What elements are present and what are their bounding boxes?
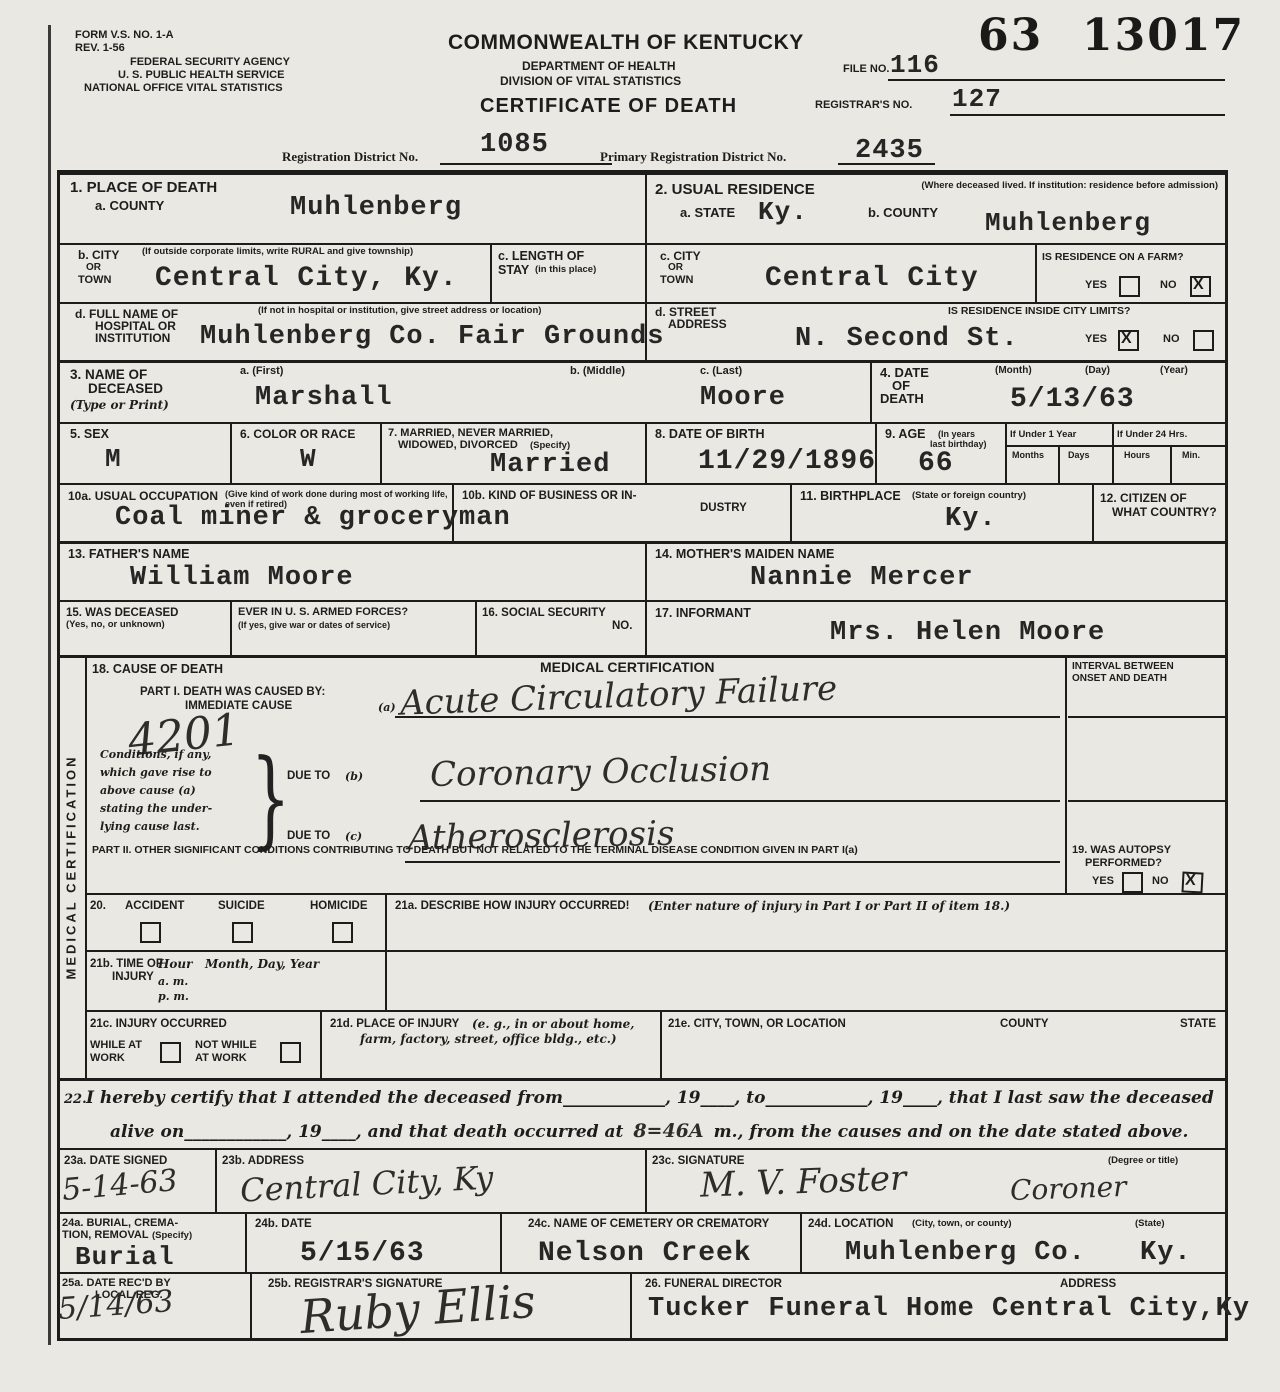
marital-label-1: 7. MARRIED, NEVER MARRIED, xyxy=(388,428,553,440)
file-no-value: 116 xyxy=(890,50,940,80)
autopsy-no-mark: X xyxy=(1185,872,1197,891)
limits-no-checkbox xyxy=(1193,330,1214,351)
residence-state-label: a. STATE xyxy=(680,206,735,220)
institution-note: (If not in hospital or institution, give… xyxy=(258,306,628,317)
table-right-border xyxy=(1225,170,1228,1341)
burial-location-note: (City, town, or county) xyxy=(912,1219,1012,1230)
city-label: b. CITY xyxy=(78,249,119,262)
divider-line xyxy=(790,483,792,541)
burial-location-state-note: (State) xyxy=(1135,1219,1165,1230)
farm-no-label: NO xyxy=(1160,280,1177,292)
county-label: a. COUNTY xyxy=(95,199,164,213)
time-of-injury-label-1: 21b. TIME OF xyxy=(90,958,163,970)
conditions-note-5: lying cause last. xyxy=(100,820,200,833)
autopsy-label-1: 19. WAS AUTOPSY xyxy=(1072,845,1171,857)
registrar-no-label: REGISTRAR'S NO. xyxy=(815,100,912,112)
limits-yes-label: YES xyxy=(1085,334,1107,346)
divider-line xyxy=(870,360,872,422)
divider-line xyxy=(1092,483,1094,541)
divider-line xyxy=(57,1212,1228,1214)
last-name-value: Moore xyxy=(700,383,786,413)
name-of-deceased-label-2: DECEASED xyxy=(88,382,163,396)
divider-line xyxy=(1035,243,1037,302)
usual-residence-note: (Where deceased lived. If institution: r… xyxy=(878,181,1218,192)
due-to-c-tag: (c) xyxy=(345,830,362,843)
residence-city-value: Central City xyxy=(765,263,979,294)
cause-b-handwriting: Coronary Occlusion xyxy=(430,749,772,795)
divider-line xyxy=(57,302,1228,304)
medical-certification-vertical-text: MEDICAL CERTIFICATION xyxy=(64,754,79,979)
primary-district-label: Primary Registration District No. xyxy=(600,150,786,164)
while-at-work-label-1: WHILE AT xyxy=(90,1040,142,1052)
divider-line xyxy=(85,950,1228,952)
birthplace-note: (State or foreign country) xyxy=(912,491,1026,502)
injury-occurred-label: 21c. INJURY OCCURRED xyxy=(90,1018,227,1030)
injury-state-label: STATE xyxy=(1180,1018,1216,1030)
department-title: DEPARTMENT OF HEALTH xyxy=(522,60,676,73)
middle-name-label: b. (Middle) xyxy=(570,366,625,378)
institution-value: Muhlenberg Co. Fair Grounds xyxy=(200,322,664,352)
form-revision: REV. 1-56 xyxy=(75,43,125,55)
agency-line-1: FEDERAL SECURITY AGENCY xyxy=(130,57,290,69)
burial-specify-note: (Specify) xyxy=(152,1231,192,1242)
burial-date-label: 24b. DATE xyxy=(255,1218,312,1230)
medical-certification-heading: MEDICAL CERTIFICATION xyxy=(540,660,714,675)
cause-b-line-interval xyxy=(1068,800,1225,802)
divider-line xyxy=(645,600,647,655)
accident-checkbox xyxy=(140,922,161,943)
citizen-label-2: WHAT COUNTRY? xyxy=(1112,506,1217,519)
limits-no-label: NO xyxy=(1163,334,1180,346)
certify-statement-line-1: I hereby certify that I attended the dec… xyxy=(86,1088,1214,1108)
cause-a-line xyxy=(395,716,1060,718)
certify-line2-post: m., from the causes and on the date stat… xyxy=(714,1122,1189,1142)
autopsy-yes-checkbox xyxy=(1122,872,1143,893)
divider-line xyxy=(57,360,1228,363)
length-of-stay-note: (in this place) xyxy=(535,265,596,276)
age-note-1: (In years xyxy=(938,429,975,439)
place-city-value: Central City, Ky. xyxy=(155,263,458,294)
registrar-no-underline xyxy=(950,114,1225,116)
institution-label-3: INSTITUTION xyxy=(95,332,170,345)
item-20-number: 20. xyxy=(90,900,106,912)
date-of-death-label-3: DEATH xyxy=(880,392,924,406)
business-industry-label-2: DUSTRY xyxy=(700,502,747,514)
armed-forces-note: (If yes, give war or dates of service) xyxy=(238,620,390,630)
cause-a-tag: (a) xyxy=(378,701,396,714)
fathers-name-label: 13. FATHER'S NAME xyxy=(68,548,190,561)
under-24-hrs-label: If Under 24 Hrs. xyxy=(1117,430,1187,441)
hours-label: Hours xyxy=(1124,450,1150,460)
conditions-note-4: stating the under- xyxy=(100,802,212,815)
date-of-birth-value: 11/29/1896 xyxy=(698,446,876,477)
divider-line xyxy=(57,655,1228,658)
city-or-label: OR xyxy=(86,263,101,274)
divider-line xyxy=(490,243,492,302)
due-to-b-tag: (b) xyxy=(345,770,363,783)
not-while-at-work-checkbox xyxy=(280,1042,301,1063)
conditions-note-1: Conditions, if any, xyxy=(100,748,211,761)
color-race-label: 6. COLOR OR RACE xyxy=(240,428,355,441)
death-time-handwriting: 8=46A xyxy=(629,1120,707,1142)
certify-line2-pre: alive on____________, 19____, and that d… xyxy=(110,1122,623,1142)
citizen-label-1: 12. CITIZEN OF xyxy=(1100,492,1187,505)
divider-line xyxy=(57,483,1228,485)
divider-line xyxy=(245,1212,247,1272)
scan-edge-line xyxy=(48,25,51,1345)
divider-line xyxy=(1058,445,1060,483)
farm-question-label: IS RESIDENCE ON A FARM? xyxy=(1042,252,1184,263)
residence-state-value: Ky. xyxy=(758,197,808,227)
month-day-year-label: Month, Day, Year xyxy=(205,957,319,971)
homicide-label: HOMICIDE xyxy=(310,900,368,912)
registrar-no-value: 127 xyxy=(952,84,1002,114)
physician-signature-handwriting: M. V. Foster xyxy=(699,1158,907,1205)
burial-location-value: Muhlenberg Co. xyxy=(845,1238,1086,1268)
farm-yes-label: YES xyxy=(1085,280,1107,292)
informant-label: 17. INFORMANT xyxy=(655,607,751,620)
cause-b-line xyxy=(420,800,1060,802)
certify-statement-line-2: alive on____________, 19____, and that d… xyxy=(110,1120,1188,1142)
injury-county-label: COUNTY xyxy=(1000,1018,1049,1030)
color-race-value: W xyxy=(300,444,317,474)
place-of-death-title: 1. PLACE OF DEATH xyxy=(70,180,217,196)
was-deceased-note: (Yes, no, or unknown) xyxy=(66,620,165,631)
divider-line xyxy=(57,541,1228,544)
reg-district-value: 1085 xyxy=(480,130,549,160)
certificate-title: CERTIFICATE OF DEATH xyxy=(480,96,737,117)
burial-label-1: 24a. BURIAL, CREMA- xyxy=(62,1218,178,1230)
divider-line xyxy=(57,600,1228,602)
divider-line xyxy=(57,422,1228,424)
hour-label: Hour xyxy=(158,957,192,971)
suicide-label: SUICIDE xyxy=(218,900,265,912)
divider-line xyxy=(645,1148,647,1212)
residence-city-label: c. CITY xyxy=(660,250,701,263)
interval-label-1: INTERVAL BETWEEN xyxy=(1072,662,1174,673)
divider-line xyxy=(250,1272,252,1338)
under-1-year-label: If Under 1 Year xyxy=(1010,430,1076,441)
divider-line xyxy=(57,1272,1228,1274)
street-address-label-2: ADDRESS xyxy=(668,318,727,331)
place-of-injury-label: 21d. PLACE OF INJURY xyxy=(330,1018,459,1030)
place-of-injury-note-1: (e. g., in or about home, xyxy=(472,1017,634,1031)
place-of-injury-note-2: farm, factory, street, office bldg., etc… xyxy=(360,1032,617,1046)
month-column-label: (Month) xyxy=(995,366,1032,377)
first-name-label: a. (First) xyxy=(240,366,283,378)
burial-value: Burial xyxy=(75,1242,175,1272)
age-value: 66 xyxy=(918,448,954,479)
part2-label: PART II. OTHER SIGNIFICANT CONDITIONS CO… xyxy=(92,845,858,856)
divider-line xyxy=(57,243,1228,245)
not-while-at-work-label-2: AT WORK xyxy=(195,1053,247,1065)
business-industry-label-1: 10b. KIND OF BUSINESS OR IN- xyxy=(462,490,636,502)
divider-line xyxy=(1170,445,1172,483)
residence-town-label: TOWN xyxy=(660,275,693,287)
date-signed-handwriting: 5-14-63 xyxy=(61,1163,179,1208)
conditions-brace: } xyxy=(251,736,291,859)
age-label: 9. AGE xyxy=(885,428,926,441)
fathers-name-value: William Moore xyxy=(130,563,354,593)
cause-of-death-label: 18. CAUSE OF DEATH xyxy=(92,663,223,676)
certificate-number-stamp-right: 13017 xyxy=(1082,10,1245,61)
division-title: DIVISION OF VITAL STATISTICS xyxy=(500,75,681,88)
divider-line xyxy=(320,1010,322,1078)
table-bottom-border xyxy=(57,1338,1228,1341)
city-town-label: TOWN xyxy=(78,275,111,287)
informant-value: Mrs. Helen Moore xyxy=(830,618,1105,648)
was-deceased-label: 15. WAS DECEASED xyxy=(66,607,178,619)
burial-location-label: 24d. LOCATION xyxy=(808,1218,893,1230)
cemetery-value: Nelson Creek xyxy=(538,1238,752,1269)
funeral-director-label: 26. FUNERAL DIRECTOR xyxy=(645,1278,782,1290)
signer-address-label: 23b. ADDRESS xyxy=(222,1155,304,1167)
ssn-label-1: 16. SOCIAL SECURITY xyxy=(482,607,606,619)
divider-line xyxy=(630,1272,632,1338)
divider-line xyxy=(1112,422,1114,483)
divider-line xyxy=(660,1010,662,1078)
date-of-death-value: 5/13/63 xyxy=(1010,384,1135,415)
divider-line xyxy=(800,1212,802,1272)
residence-county-label: b. COUNTY xyxy=(868,206,938,220)
divider-line xyxy=(230,422,232,483)
autopsy-no-label: NO xyxy=(1152,876,1169,888)
form-number: FORM V.S. NO. 1-A xyxy=(75,30,174,42)
agency-line-2: U. S. PUBLIC HEALTH SERVICE xyxy=(118,70,284,82)
file-no-label: FILE NO. xyxy=(843,64,889,76)
primary-district-value: 2435 xyxy=(855,136,924,166)
occupation-value: Coal miner & groceryman xyxy=(115,503,511,533)
day-column-label: (Day) xyxy=(1085,366,1110,377)
divider-line xyxy=(85,1010,1228,1012)
while-at-work-label-2: WORK xyxy=(90,1053,125,1065)
type-or-print-note: (Type or Print) xyxy=(70,398,169,412)
divider-line xyxy=(1065,655,1067,893)
farm-no-checkbox: X xyxy=(1190,276,1211,297)
due-to-c-label: DUE TO xyxy=(287,830,330,842)
city-limits-question-label: IS RESIDENCE INSIDE CITY LIMITS? xyxy=(948,306,1130,317)
medical-certification-vertical-label: MEDICAL CERTIFICATION xyxy=(57,655,85,1078)
marital-value: Married xyxy=(490,450,610,480)
cemetery-label: 24c. NAME OF CEMETERY OR CREMATORY xyxy=(528,1218,769,1230)
accident-label: ACCIDENT xyxy=(125,900,184,912)
divider-line xyxy=(645,541,647,600)
last-name-label: c. (Last) xyxy=(700,366,742,378)
year-column-label: (Year) xyxy=(1160,366,1188,377)
suicide-checkbox xyxy=(232,922,253,943)
length-of-stay-label: c. LENGTH OF xyxy=(498,250,584,263)
funeral-director-value: Tucker Funeral Home Central City,Ky xyxy=(648,1294,1250,1324)
divider-line xyxy=(85,655,87,1078)
funeral-director-address-label: ADDRESS xyxy=(1060,1278,1116,1290)
burial-date-value: 5/15/63 xyxy=(300,1238,425,1269)
divider-line xyxy=(215,1148,217,1212)
part1-label: PART I. DEATH WAS CAUSED BY: xyxy=(140,686,325,698)
time-of-injury-label-2: INJURY xyxy=(112,971,154,983)
divider-line xyxy=(645,422,647,483)
occupation-label: 10a. USUAL OCCUPATION xyxy=(68,490,218,503)
ssn-label-2: NO. xyxy=(612,620,632,632)
divider-line xyxy=(57,1148,1228,1150)
min-label: Min. xyxy=(1182,450,1200,460)
days-label: Days xyxy=(1068,450,1090,460)
limits-yes-mark: X xyxy=(1121,330,1132,348)
mothers-maiden-name-value: Nannie Mercer xyxy=(750,563,974,593)
divider-line xyxy=(230,600,232,655)
date-of-birth-label: 8. DATE OF BIRTH xyxy=(655,428,765,441)
degree-or-title-note: (Degree or title) xyxy=(1108,1156,1178,1167)
certificate-number-stamp-left: 63 xyxy=(978,10,1043,61)
reg-district-label: Registration District No. xyxy=(282,150,418,164)
mothers-maiden-name-label: 14. MOTHER'S MAIDEN NAME xyxy=(655,548,834,561)
autopsy-no-checkbox: X xyxy=(1181,871,1203,893)
divider-line xyxy=(1005,445,1228,447)
birthplace-value: Ky. xyxy=(945,504,997,534)
injury-city-label: 21e. CITY, TOWN, OR LOCATION xyxy=(668,1018,846,1030)
interval-label-2: ONSET AND DEATH xyxy=(1072,674,1167,685)
farm-no-mark: X xyxy=(1193,276,1204,294)
length-of-stay-label-2: STAY xyxy=(498,264,529,277)
burial-label-2: TION, REMOVAL xyxy=(62,1230,149,1242)
am-label: a. m. xyxy=(158,975,188,988)
describe-injury-note: (Enter nature of injury in Part I or Par… xyxy=(648,899,1010,913)
birthplace-label: 11. BIRTHPLACE xyxy=(800,490,901,503)
place-county-value: Muhlenberg xyxy=(290,193,462,223)
armed-forces-label: EVER IN U. S. ARMED FORCES? xyxy=(238,607,408,619)
divider-line xyxy=(475,600,477,655)
item-22-number: 22. xyxy=(64,1092,87,1107)
divider-line xyxy=(57,1078,1228,1081)
divider-line xyxy=(1005,422,1007,483)
agency-line-3: NATIONAL OFFICE VITAL STATISTICS xyxy=(84,83,283,95)
reg-district-underline xyxy=(440,163,612,165)
conditions-note-2: which gave rise to xyxy=(100,766,212,779)
due-to-b-label: DUE TO xyxy=(287,770,330,782)
not-while-at-work-label-1: NOT WHILE xyxy=(195,1040,257,1052)
pm-label: p. m. xyxy=(158,990,189,1003)
residence-county-value: Muhlenberg xyxy=(985,208,1151,238)
cause-c-line xyxy=(405,861,1060,863)
first-name-value: Marshall xyxy=(255,383,393,413)
divider-line xyxy=(85,893,1228,895)
degree-title-handwriting: Coroner xyxy=(1009,1170,1127,1207)
conditions-note-3: above cause (a) xyxy=(100,784,196,797)
burial-location-state-value: Ky. xyxy=(1140,1238,1192,1268)
date-received-handwriting: 5/14/63 xyxy=(57,1284,175,1327)
street-address-value: N. Second St. xyxy=(795,324,1019,354)
limits-yes-checkbox: X xyxy=(1118,330,1139,351)
homicide-checkbox xyxy=(332,922,353,943)
residence-or-label: OR xyxy=(668,263,683,274)
divider-line xyxy=(380,422,382,483)
usual-residence-title: 2. USUAL RESIDENCE xyxy=(655,182,815,198)
sex-label: 5. SEX xyxy=(70,428,109,441)
months-label: Months xyxy=(1012,450,1044,460)
autopsy-label-2: PERFORMED? xyxy=(1085,858,1162,870)
commonwealth-title: COMMONWEALTH OF KENTUCKY xyxy=(448,32,804,54)
describe-injury-label: 21a. DESCRIBE HOW INJURY OCCURRED! xyxy=(395,900,630,912)
farm-yes-checkbox xyxy=(1119,276,1140,297)
divider-line xyxy=(500,1212,502,1272)
file-no-underline xyxy=(888,79,1225,81)
cause-a-line-interval xyxy=(1068,716,1225,718)
primary-district-underline xyxy=(838,163,935,165)
table-top-border xyxy=(57,170,1228,175)
divider-line xyxy=(385,893,387,1010)
while-at-work-checkbox xyxy=(160,1042,181,1063)
autopsy-yes-label: YES xyxy=(1092,876,1114,888)
city-note: (If outside corporate limits, write RURA… xyxy=(142,247,472,258)
death-certificate-scan: FORM V.S. NO. 1-A REV. 1-56 FEDERAL SECU… xyxy=(0,0,1280,1392)
sex-value: M xyxy=(105,444,122,474)
